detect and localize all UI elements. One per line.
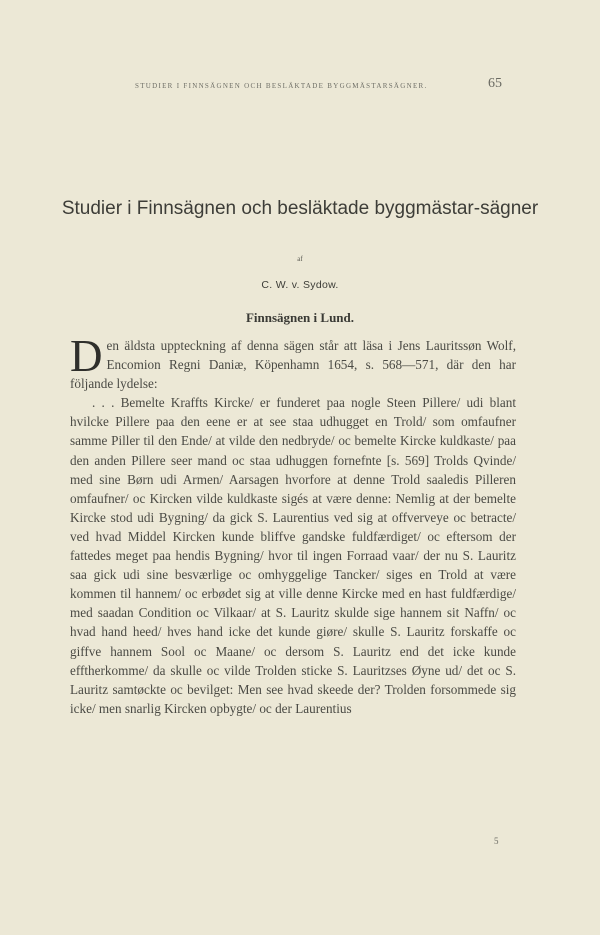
document-page: STUDIER I FINNSÄGNEN OCH BESLÄKTADE BYGG… — [0, 0, 600, 935]
drop-cap: D — [70, 338, 103, 374]
running-title: STUDIER I FINNSÄGNEN OCH BESLÄKTADE BYGG… — [135, 82, 428, 90]
section-heading: Finnsägnen i Lund. — [60, 310, 540, 326]
intro-text: en äldsta uppteckning af denna sägen stå… — [70, 338, 516, 391]
quoted-passage: . . . Bemelte Kraffts Kircke/ er fundere… — [70, 393, 516, 718]
article-title: Studier i Finnsägnen och besläktade bygg… — [60, 198, 540, 220]
page-number: 65 — [488, 76, 502, 92]
byline-prefix: af — [60, 255, 540, 263]
signature-mark: 5 — [494, 836, 499, 846]
intro-paragraph: Den äldsta uppteckning af denna sägen st… — [70, 336, 516, 393]
body-text: Den äldsta uppteckning af denna sägen st… — [70, 336, 516, 718]
author-name: C. W. v. Sydow. — [60, 279, 540, 291]
